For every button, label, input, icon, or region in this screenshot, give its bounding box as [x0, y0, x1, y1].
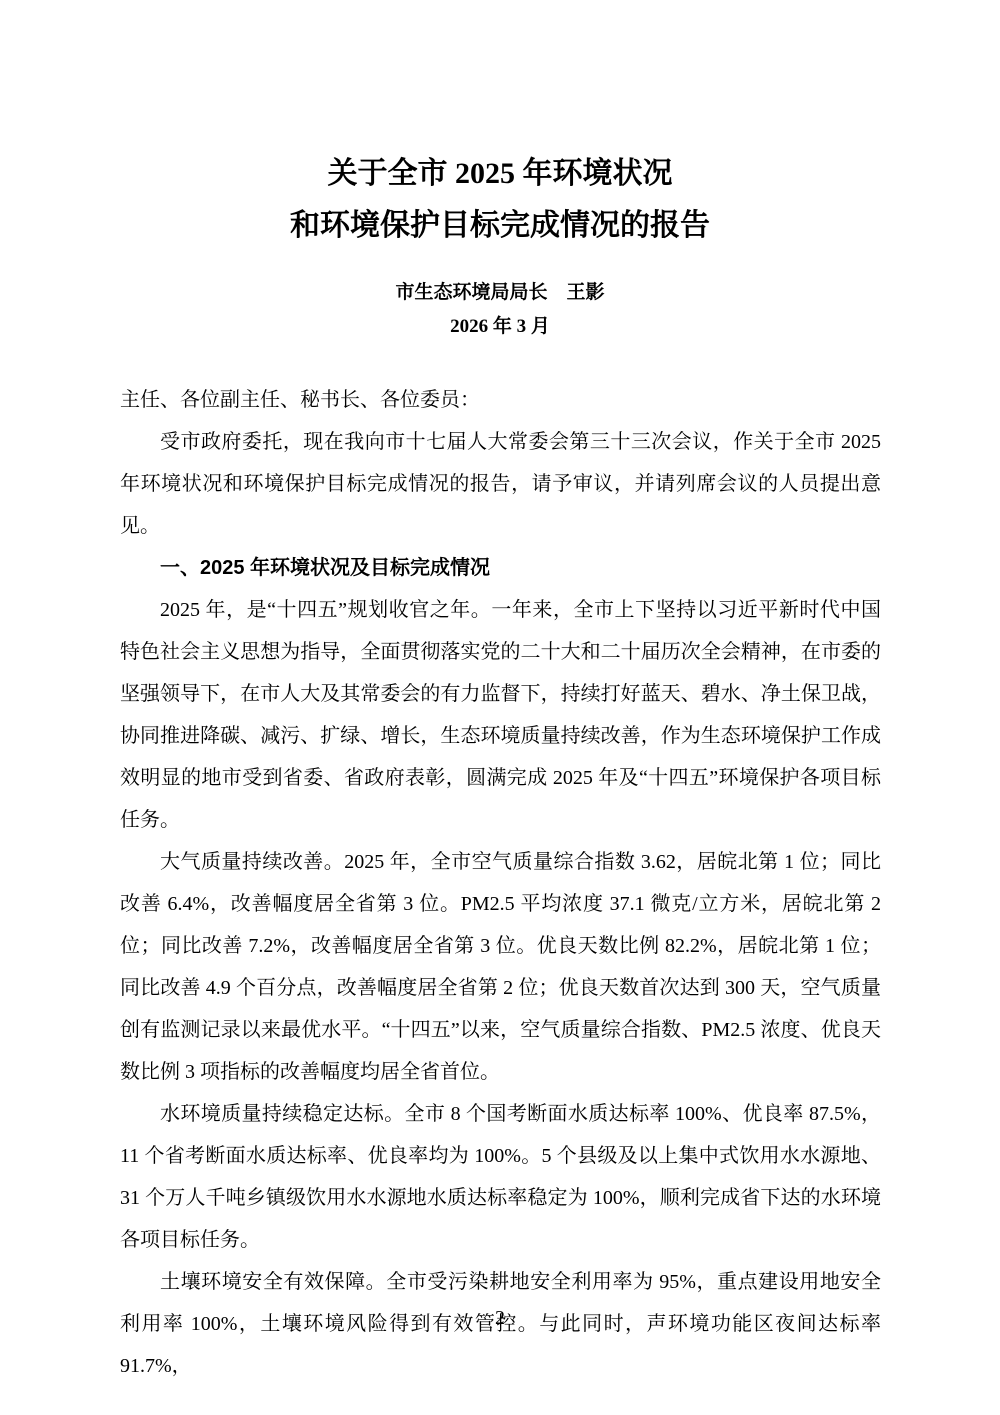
document-page: 关于全市 2025 年环境状况 和环境保护目标完成情况的报告 市生态环境局局长 …	[0, 0, 1000, 1415]
document-date: 2026 年 3 月	[0, 310, 1000, 344]
section-1-heading: 一、2025 年环境状况及目标完成情况	[120, 547, 881, 589]
document-title-line2: 和环境保护目标完成情况的报告	[0, 200, 1000, 252]
document-title: 关于全市 2025 年环境状况 和环境保护目标完成情况的报告	[0, 0, 1000, 252]
document-title-line1: 关于全市 2025 年环境状况	[0, 148, 1000, 200]
presenter-byline: 市生态环境局局长 王影	[0, 276, 1000, 310]
document-body: 主任、各位副主任、秘书长、各位委员： 受市政府委托，现在我向市十七届人大常委会第…	[0, 379, 1000, 1387]
overview-paragraph: 2025 年，是“十四五”规划收官之年。一年来，全市上下坚持以习近平新时代中国特…	[120, 589, 881, 841]
salutation: 主任、各位副主任、秘书长、各位委员：	[120, 379, 881, 421]
page-number: 2	[0, 1300, 1000, 1336]
air-quality-paragraph: 大气质量持续改善。2025 年，全市空气质量综合指数 3.62，居皖北第 1 位…	[120, 841, 881, 1093]
water-quality-paragraph: 水环境质量持续稳定达标。全市 8 个国考断面水质达标率 100%、优良率 87.…	[120, 1093, 881, 1261]
intro-paragraph: 受市政府委托，现在我向市十七届人大常委会第三十三次会议，作关于全市 2025 年…	[120, 421, 881, 547]
